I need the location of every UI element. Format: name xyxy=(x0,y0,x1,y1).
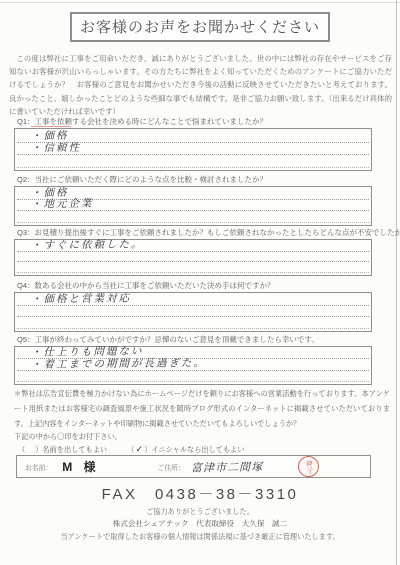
handwritten-answer: ・着工までの期間が長過ぎた。 xyxy=(31,358,206,371)
respondent-name: M 様 xyxy=(62,458,99,475)
intro-paragraph: この度は弊社に工事をご用命いただき、誠にありがとうございました。世の中には弊社の… xyxy=(9,52,392,118)
red-underline-mark xyxy=(31,126,71,127)
question-label: Q1：工事を依頼する会社を決める時にどんなことで悩まれていましたか？ xyxy=(17,117,372,126)
answer-line: ・価格 xyxy=(17,130,369,143)
answer-line: ・すぐに依頼した。 xyxy=(17,241,369,252)
company-line: 株式会社シェアテック 代表取締役 大久保 誠二 xyxy=(0,518,400,531)
hanko-stamp-icon: 神子 xyxy=(297,455,321,479)
publication-notice: ＊弊社は広告宣伝費を極力かけない為にホームページだけを頼りにお客様への営業活動を… xyxy=(14,386,390,456)
circle-instruction: 下記の中から〇印をお付下さい。 xyxy=(14,432,390,442)
handwritten-answer: ・信頼性 xyxy=(31,143,81,155)
question-label: Q3：お見積り提出後すぐに工事をご依頼されましたか？もしご依頼されなかったとした… xyxy=(17,228,372,237)
answer-box: ・価格 ・地元企業 xyxy=(14,186,372,226)
answer-line xyxy=(17,211,369,223)
fax-number: FAX 0438－38－3310 xyxy=(0,483,400,504)
answer-line xyxy=(17,371,369,382)
answer-box: ・すぐに依頼した。 xyxy=(14,239,372,276)
question-label: Q5：工事が終わってみていかがですか？忌憚のないご意見を頂戴できましたら幸いです… xyxy=(17,335,372,344)
address-label: ご住所： xyxy=(158,462,185,472)
question-block-q4: Q4：数ある会社の中から当社に工事をご依頼いただいた決め手は何ですか？ ・価格と… xyxy=(14,281,372,332)
answer-line: ・価格と営業対応 xyxy=(17,294,369,306)
scan-top-edge xyxy=(0,2,400,3)
answer-line: ・着工までの期間が長過ぎた。 xyxy=(17,359,369,370)
answer-line xyxy=(17,252,369,263)
checkmark-icon: ✓ xyxy=(134,444,144,456)
page-footer: ご協力ありがとうございました。 株式会社シェアテック 代表取締役 大久保 誠二 … xyxy=(0,506,400,543)
answer-line: ・地元企業 xyxy=(17,200,369,212)
question-block-q1: Q1：工事を依頼する会社を決める時にどんなことで悩まれていましたか？ ・価格 ・… xyxy=(14,117,372,171)
answer-line: ・信頼性 xyxy=(17,143,369,156)
name-label: お名前： xyxy=(25,462,52,472)
handwritten-answer: ・価格と営業対応 xyxy=(31,293,131,305)
consent-option-name: （）名前を出してもよい xyxy=(18,445,107,454)
scan-right-edge xyxy=(396,0,397,565)
question-block-q2: Q2：当社にご依頼いただく際にどのような点を比較・検討されましたか？ ・価格 ・… xyxy=(14,175,372,226)
handwritten-answer: ・価格 xyxy=(31,130,69,141)
thanks-line: ご協力ありがとうございました。 xyxy=(0,506,400,518)
handwritten-answer: ・地元企業 xyxy=(31,199,94,211)
survey-scan-page: お客様のお声をお聞かせください この度は弊社に工事をご用命いただき、誠にありがと… xyxy=(0,0,400,565)
question-block-q5: Q5：工事が終わってみていかがですか？忌憚のないご意見を頂戴できましたら幸いです… xyxy=(14,335,372,385)
question-label: Q4：数ある会社の中から当社に工事をご依頼いただいた決め手は何ですか？ xyxy=(17,281,372,290)
answer-line xyxy=(17,262,369,273)
publication-notice-text: ＊弊社は広告宣伝費を極力かけない為にホームページだけを頼りにお客様への営業活動を… xyxy=(14,386,390,432)
answer-line xyxy=(17,317,369,329)
answer-box: ・価格 ・信頼性 xyxy=(14,128,372,171)
consent-option-initial: （✓）イニシャルなら出してもよい xyxy=(127,445,244,454)
question-label: Q2：当社にご依頼いただく際にどのような点を比較・検討されましたか？ xyxy=(17,175,372,184)
answer-box: ・価格と営業対応 xyxy=(14,292,372,332)
answer-line xyxy=(17,306,369,318)
handwritten-answer: ・すぐに依頼した。 xyxy=(31,239,144,251)
question-block-q3: Q3：お見積り提出後すぐに工事をご依頼されましたか？もしご依頼されなかったとした… xyxy=(14,228,372,276)
answer-box: ・仕上りも問題ない ・着工までの期間が長過ぎた。 xyxy=(14,346,372,385)
privacy-line: 当アンケートで取得したお客様の個人情報は関係法規に基づき厳正に管理いたします。 xyxy=(0,531,400,543)
answer-line xyxy=(17,155,369,168)
respondent-box: お名前： M 様 ご住所： 富津市二間塚 神子 xyxy=(16,455,371,478)
consent-options: （）名前を出してもよい （✓）イニシャルなら出してもよい xyxy=(14,444,390,456)
page-title: お客様のお声をお聞かせください xyxy=(70,12,330,42)
respondent-address: 富津市二間塚 xyxy=(191,458,263,475)
